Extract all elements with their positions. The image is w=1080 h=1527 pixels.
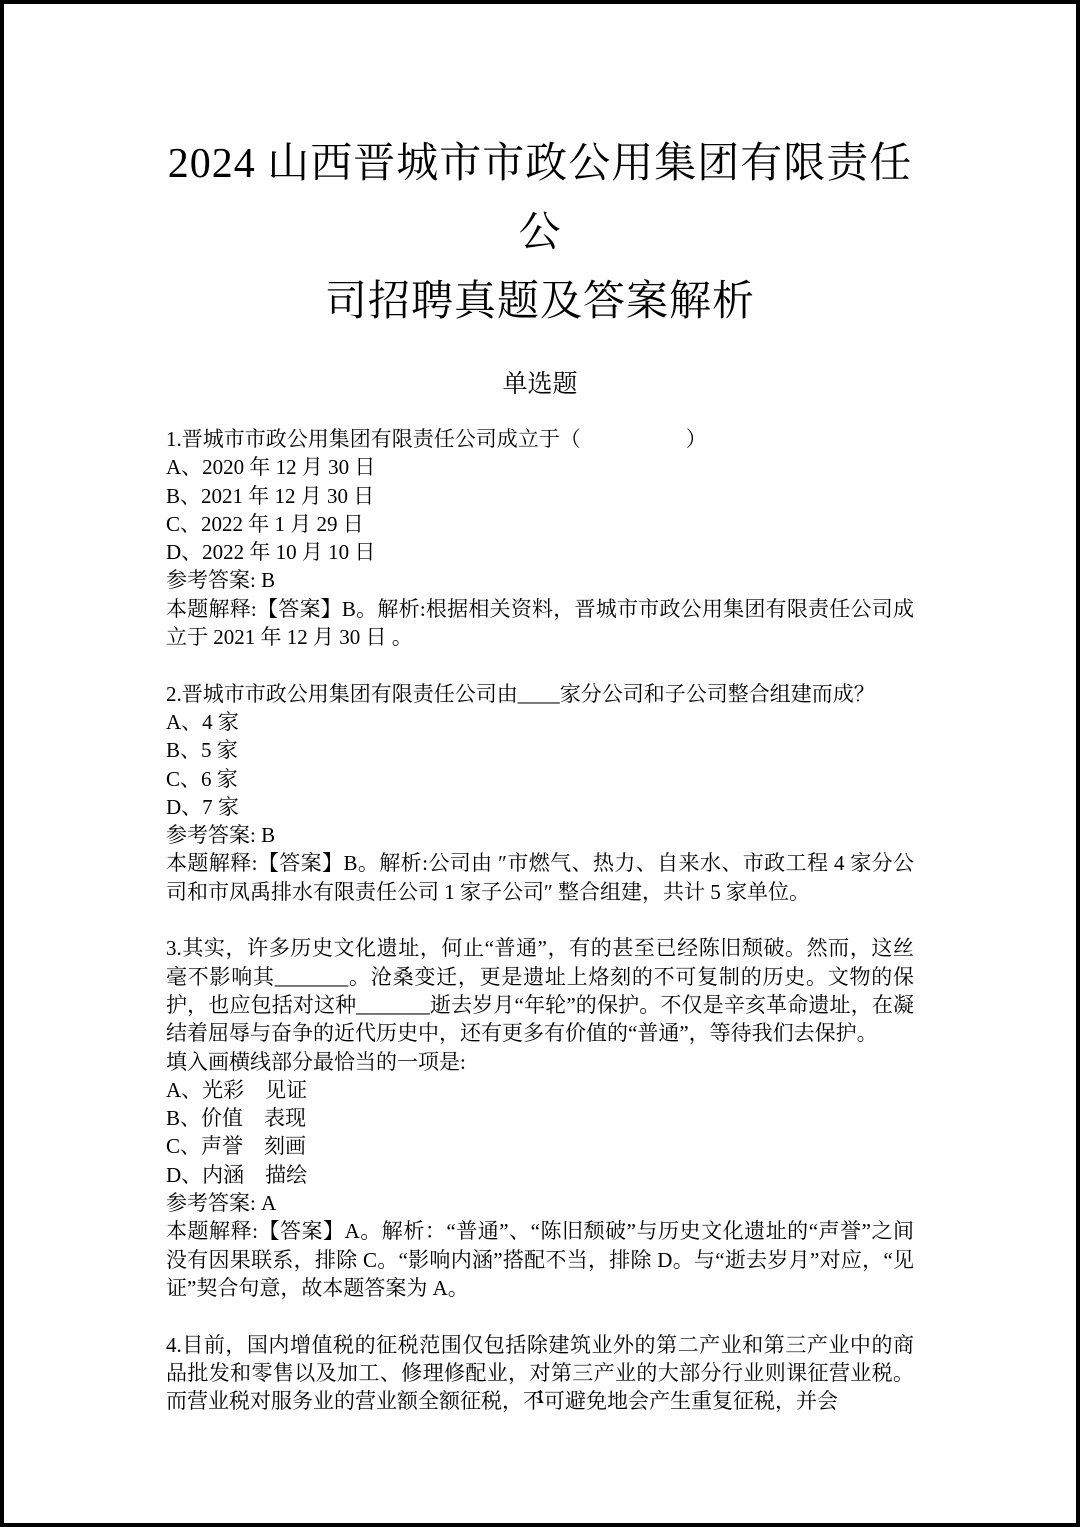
question-3-prompt: 填入画横线部分最恰当的一项是: xyxy=(166,1048,914,1076)
questions-body: 1.晋城市市政公用集团有限责任公司成立于（ ） A、2020 年 12 月 30… xyxy=(166,425,914,1415)
question-2-option-d: D、7 家 xyxy=(166,793,914,821)
section-heading: 单选题 xyxy=(166,367,914,403)
document-page: 2024 山西晋城市市政公用集团有限责任公 司招聘真题及答案解析 单选题 1.晋… xyxy=(0,0,1080,1527)
question-1-option-a: A、2020 年 12 月 30 日 xyxy=(166,453,914,481)
question-3-option-c: C、声誉 刻画 xyxy=(166,1132,914,1160)
question-2-option-a: A、4 家 xyxy=(166,708,914,736)
question-2-answer: 参考答案: B xyxy=(166,821,914,849)
question-2-stem: 2.晋城市市政公用集团有限责任公司由____家分公司和子公司整合组建而成？ xyxy=(166,680,914,708)
question-1-option-c: C、2022 年 1 月 29 日 xyxy=(166,510,914,538)
question-1-answer: 参考答案: B xyxy=(166,566,914,594)
question-3-answer: 参考答案: A xyxy=(166,1189,914,1217)
question-1-option-b: B、2021 年 12 月 30 日 xyxy=(166,482,914,510)
question-1-option-d: D、2022 年 10 月 10 日 xyxy=(166,538,914,566)
document-title-line-2: 司招聘真题及答案解析 xyxy=(166,268,914,337)
question-2-option-c: C、6 家 xyxy=(166,765,914,793)
question-3-stem: 3.其实，许多历史文化遗址，何止“普通”，有的甚至已经陈旧颓破。然而，这丝毫不影… xyxy=(166,934,914,1047)
document-content: 2024 山西晋城市市政公用集团有限责任公 司招聘真题及答案解析 单选题 1.晋… xyxy=(4,130,1076,1415)
question-3-option-a: A、光彩 见证 xyxy=(166,1076,914,1104)
document-title-line-1: 2024 山西晋城市市政公用集团有限责任公 xyxy=(166,130,914,268)
question-2-option-b: B、5 家 xyxy=(166,736,914,764)
page-number: 1 xyxy=(4,1383,1076,1411)
question-1-stem: 1.晋城市市政公用集团有限责任公司成立于（ ） xyxy=(166,425,914,453)
question-2: 2.晋城市市政公用集团有限责任公司由____家分公司和子公司整合组建而成？ A、… xyxy=(166,680,914,906)
question-3-option-b: B、价值 表现 xyxy=(166,1104,914,1132)
question-2-explanation: 本题解释:【答案】B。解析:公司由 ″市燃气、热力、自来水、市政工程 4 家分公… xyxy=(166,849,914,906)
question-1-explanation: 本题解释:【答案】B。解析:根据相关资料，晋城市市政公用集团有限责任公司成立于 … xyxy=(166,595,914,652)
question-1: 1.晋城市市政公用集团有限责任公司成立于（ ） A、2020 年 12 月 30… xyxy=(166,425,914,651)
document-title: 2024 山西晋城市市政公用集团有限责任公 司招聘真题及答案解析 xyxy=(166,130,914,337)
question-3-explanation: 本题解释:【答案】A。解析：“普通”、“陈旧颓破”与历史文化遗址的“声誉”之间没… xyxy=(166,1217,914,1302)
question-3-option-d: D、内涵 描绘 xyxy=(166,1161,914,1189)
question-3: 3.其实，许多历史文化遗址，何止“普通”，有的甚至已经陈旧颓破。然而，这丝毫不影… xyxy=(166,934,914,1302)
